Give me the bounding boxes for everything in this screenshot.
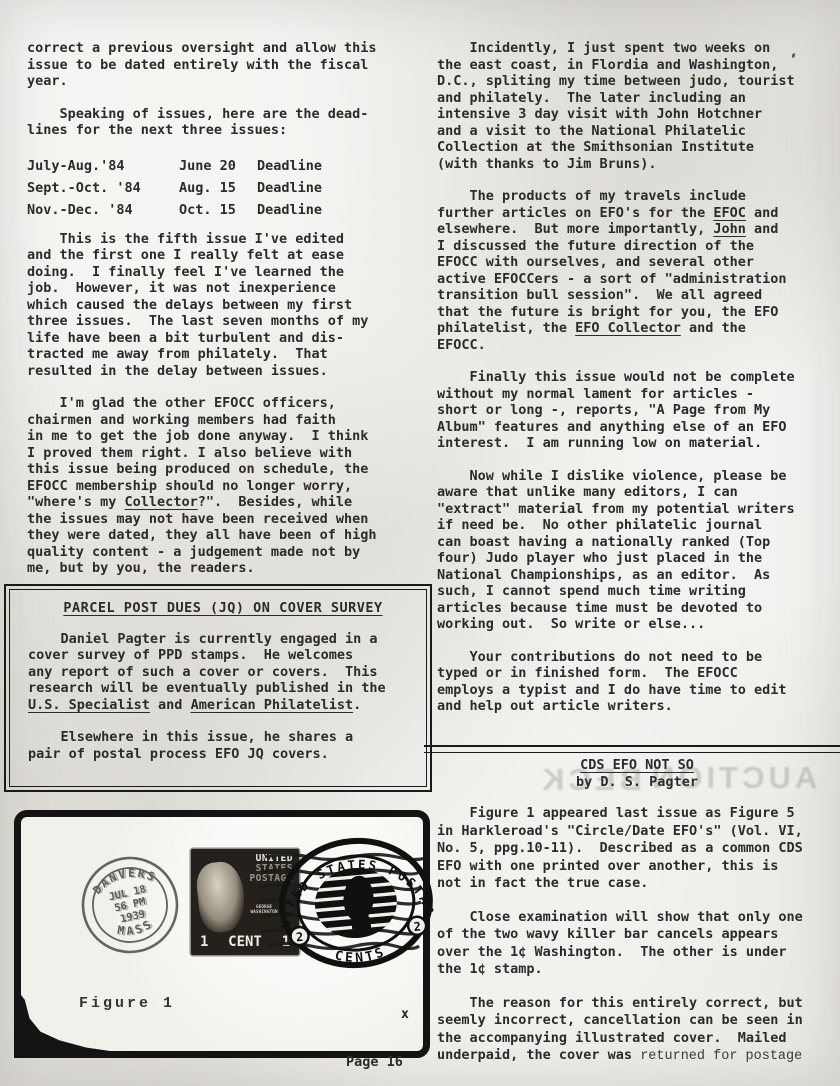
figure-1-cover-illustration: UNITED STATES POSTAGE GEORGE WASHINGTON … [14, 810, 430, 1058]
survey-box-title: PARCEL POST DUES (JQ) ON COVER SURVEY [28, 600, 418, 617]
table-row: July-Aug.'84 June 20 Deadline [27, 155, 425, 177]
article-title: CDS EFO NOT SO [437, 757, 837, 774]
editorial-paragraph: Now while I dislike violence, please be … [437, 468, 835, 633]
survey-paragraph: Daniel Pagter is currently engaged in a … [28, 631, 418, 714]
editorial-paragraph: I'm glad the other EFOCC officers, chair… [27, 395, 425, 577]
deadline-issue: July-Aug.'84 [27, 155, 179, 177]
deadlines-table: July-Aug.'84 June 20 Deadline Sept.-Oct.… [27, 155, 425, 221]
paragraph-text: . [353, 697, 361, 713]
article-paragraph: Close examination will show that only on… [437, 909, 837, 979]
deadline-date: June 20 [179, 155, 257, 177]
newsletter-page: { "page": { "number": "Page 16" }, "left… [0, 0, 840, 1086]
editorial-paragraph: Speaking of issues, here are the dead- l… [27, 106, 425, 139]
survey-box-inner: PARCEL POST DUES (JQ) ON COVER SURVEY Da… [9, 589, 427, 787]
oval-denomination-left: 2 [295, 930, 303, 945]
survey-box: PARCEL POST DUES (JQ) ON COVER SURVEY Da… [4, 584, 432, 792]
paragraph-text: and I discussed the future direction of … [437, 221, 787, 336]
article-header: CDS EFO NOT SO by D. S. Pagter [437, 757, 837, 791]
editorial-paragraph: The products of my travels include furth… [437, 188, 835, 353]
oval-cancel-graphic: UNITED STATES POSTAGE CENTS 2 2 [270, 826, 442, 981]
page-number: Page 16 [346, 1054, 403, 1070]
deadline-label: Deadline [257, 177, 425, 199]
left-column: correct a previous oversight and allow t… [27, 40, 425, 593]
underlined-title: EFOC [713, 205, 746, 221]
section-divider [424, 745, 840, 753]
survey-paragraph: Elsewhere in this issue, he shares a pai… [28, 729, 418, 762]
underlined-title: Collector [125, 494, 198, 510]
right-column: Incidently, I just spent two weeks on th… [437, 40, 835, 731]
article-paragraph: The reason for this entirely correct, bu… [437, 995, 837, 1066]
table-row: Sept.-Oct. '84 Aug. 15 Deadline [27, 177, 425, 199]
article-byline: by D. S. Pagter [437, 774, 837, 791]
figure-corner-mark: x [401, 1007, 409, 1022]
underlined-title: U.S. Specialist [28, 697, 150, 713]
oval-denomination-right: 2 [413, 919, 421, 934]
deadline-date: Oct. 15 [179, 199, 257, 221]
article-paragraph: Figure 1 appeared last issue as Figure 5… [437, 805, 837, 893]
editorial-paragraph: correct a previous oversight and allow t… [27, 40, 425, 90]
deadline-issue: Nov.-Dec. '84 [27, 199, 179, 221]
inserted-text: returned for postage [640, 1049, 802, 1064]
article-cds-efo-not-so: CDS EFO NOT SO by D. S. Pagter Figure 1 … [437, 757, 837, 1082]
paragraph-text: and [150, 697, 191, 713]
editorial-paragraph: Your contributions do not need to be typ… [437, 649, 835, 715]
two-cent-oval-cancel: UNITED STATES POSTAGE CENTS 2 2 [270, 826, 442, 981]
figure-caption: Figure 1 [79, 995, 175, 1012]
editorial-paragraph: Finally this issue would not be complete… [437, 369, 835, 452]
table-row: Nov.-Dec. '84 Oct. 15 Deadline [27, 199, 425, 221]
editorial-paragraph: This is the fifth issue I've edited and … [27, 231, 425, 380]
deadline-label: Deadline [257, 199, 425, 221]
paragraph-text: The products of my travels include furth… [437, 188, 746, 221]
underlined-name: John [713, 221, 746, 237]
paragraph-text: Daniel Pagter is currently engaged in a … [28, 631, 386, 697]
underlined-title: American Philatelist [191, 697, 354, 713]
deadline-label: Deadline [257, 155, 425, 177]
deadline-issue: Sept.-Oct. '84 [27, 177, 179, 199]
deadline-date: Aug. 15 [179, 177, 257, 199]
paragraph-text: I'm glad the other EFOCC officers, chair… [27, 395, 368, 510]
underlined-title: EFO Collector [575, 320, 681, 336]
editorial-paragraph: Incidently, I just spent two weeks on th… [437, 40, 835, 172]
